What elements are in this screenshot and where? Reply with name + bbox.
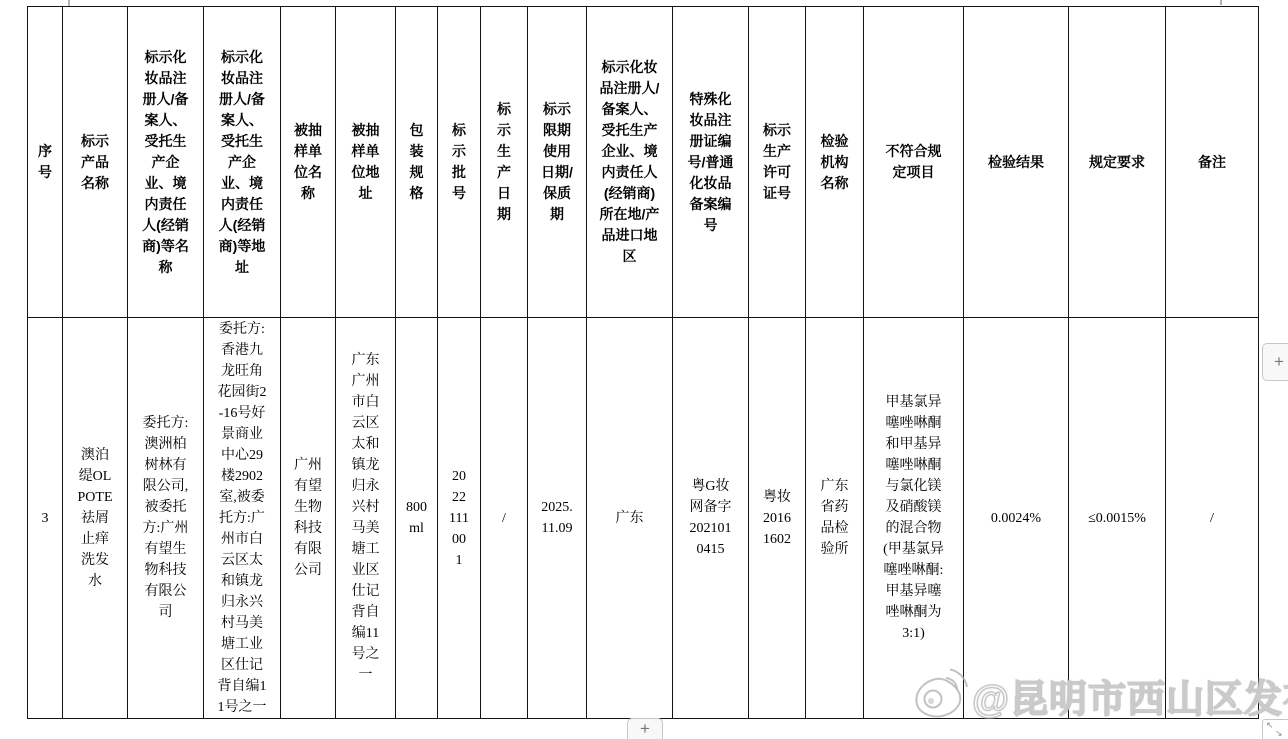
col-header-package-spec: 包装规格	[409, 120, 424, 204]
col-header-sampled-unit-address: 被抽样单位地址	[351, 120, 381, 204]
cell-inspection-agency: 广东省药品检验所	[820, 476, 850, 560]
cell-expiry-date: 2025.11.09	[539, 497, 575, 539]
cell-registrant-location: 广东	[600, 508, 660, 529]
col-header-serial-number: 序号	[37, 141, 53, 183]
col-header-registrant-address: 标示化妆品注册人/备案人、受托生产企业、境内责任人(经销商)等地址	[219, 47, 266, 278]
table-row: 3 澳泊缇OLPOTE祛屑止痒洗发水 委托方:澳洲柏树林有限公司,被委托方:广州…	[28, 318, 1259, 719]
col-header-product-name: 标示产品名称	[80, 131, 110, 194]
cell-sampled-unit-address: 广东广州市白云区太和镇龙归永兴村马美塘工业区仕记背自编11号之一	[351, 350, 381, 686]
col-header-registrant-name: 标示化妆品注册人/备案人、受托生产企业、境内责任人(经销商)等名称	[142, 47, 189, 278]
cell-production-date: /	[494, 508, 514, 529]
resize-se-arrow-icon: ↘	[1275, 729, 1283, 739]
cell-nonconforming-item: 甲基氯异噻唑啉酮和甲基异噻唑啉酮与氯化镁及硝酸镁的混合物(甲基氯异噻唑啉酮:甲基…	[883, 392, 945, 644]
cell-remarks: /	[1172, 508, 1252, 529]
header-row: 序号 标示产品名称 标示化妆品注册人/备案人、受托生产企业、境内责任人(经销商)…	[28, 7, 1259, 318]
plus-icon: +	[1274, 352, 1284, 372]
resize-handle[interactable]: ↖ ↘	[1262, 719, 1288, 739]
cell-registrant-address: 委托方:香港九龙旺角花园街2-16号好景商业中心29楼2902室,被委托方:广州…	[217, 319, 267, 718]
col-header-remarks: 备注	[1192, 152, 1232, 173]
document-page: 序号 标示产品名称 标示化妆品注册人/备案人、受托生产企业、境内责任人(经销商)…	[0, 0, 1288, 739]
col-header-expiry-date: 标示限期使用日期/保质期	[541, 99, 574, 225]
add-column-button[interactable]: +	[1262, 343, 1288, 381]
cell-inspection-result: 0.0024%	[971, 508, 1061, 529]
col-header-sampled-unit-name: 被抽样单位名称	[293, 120, 323, 204]
cell-batch-number: 2022111001	[449, 466, 469, 571]
col-header-production-license: 标示生产许可证号	[762, 120, 792, 204]
cell-registrant-name: 委托方:澳洲柏树林有限公司,被委托方:广州有望生物科技有限公司	[141, 413, 191, 623]
resize-nw-arrow-icon: ↖	[1266, 721, 1274, 731]
plus-icon: +	[640, 719, 650, 739]
cell-serial-number: 3	[35, 508, 55, 529]
cell-package-spec: 800ml	[403, 497, 431, 539]
cell-sampled-unit-name: 广州有望生物科技有限公司	[293, 455, 323, 581]
col-header-registration-number: 特殊化妆品注册证编号/普通化妆品备案编号	[687, 89, 734, 236]
col-header-nonconforming-item: 不符合规定项目	[884, 141, 944, 183]
col-header-batch-number: 标示批号	[452, 120, 467, 204]
col-header-registrant-location: 标示化妆品注册人/备案人、受托生产企业、境内责任人(经销商)所在地/产品进口地区	[599, 57, 660, 267]
col-header-inspection-result: 检验结果	[981, 152, 1051, 173]
inspection-results-table: 序号 标示产品名称 标示化妆品注册人/备案人、受托生产企业、境内责任人(经销商)…	[27, 6, 1259, 719]
cell-registration-number: 粤G妆网备字2021010415	[688, 476, 734, 560]
cell-product-name: 澳泊缇OLPOTE祛屑止痒洗发水	[77, 445, 113, 592]
col-header-required-limit: 规定要求	[1082, 152, 1152, 173]
col-header-inspection-agency: 检验机构名称	[820, 131, 850, 194]
col-header-production-date: 标示生产日期	[497, 99, 512, 225]
add-row-button[interactable]: +	[627, 718, 663, 739]
cell-production-license: 粤妆20161602	[760, 487, 794, 550]
cell-required-limit: ≤0.0015%	[1073, 508, 1161, 529]
ruler-tick-right	[1220, 0, 1222, 5]
